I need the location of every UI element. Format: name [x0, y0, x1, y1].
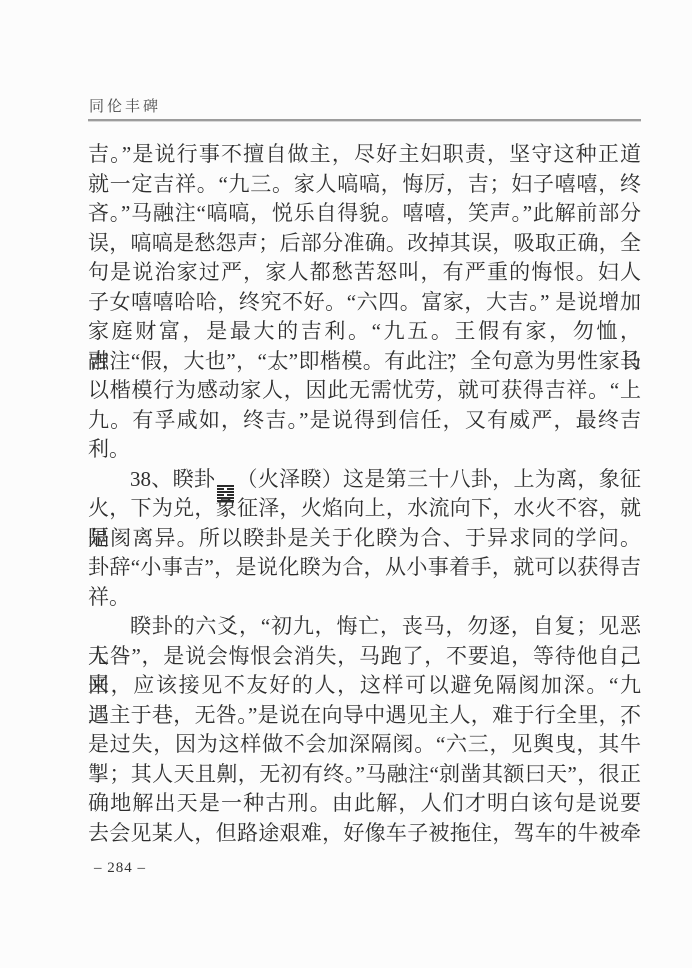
- body-text: 吉。”是说行事不擅自做主，尽好主妇职责，坚守这种正道 就一定吉祥。“九三。家人嗃…: [88, 140, 641, 848]
- book-page: 同伦丰碑 吉。”是说行事不擅自做主，尽好主妇职责，坚守这种正道 就一定吉祥。“九…: [0, 0, 692, 968]
- running-head-book-title: 同伦丰碑: [89, 95, 161, 116]
- text-before-hexagram: 38、睽卦: [130, 467, 215, 491]
- text-line: 卦辞“小事吉”，是说化睽为合，从小事着手，就可以获得吉: [88, 553, 641, 583]
- text-line-section-38-start: 38、睽卦（火泽睽）这是第三十八卦，上为离，象征: [88, 465, 641, 495]
- text-line: 火，下为兑，象征泽，火焰向上，水流向下，水火不容，就是: [88, 494, 641, 524]
- text-line: 去会见某人，但路途艰难，好像车子被拖住，驾车的牛被牵: [88, 819, 641, 849]
- text-line-paragraph-end: 祥。: [88, 583, 641, 613]
- page-number: – 284 –: [94, 860, 146, 877]
- text-line-paragraph-start: 睽卦的六爻，“初九，悔亡，丧马，勿逐，自复；见恶人，: [88, 612, 641, 642]
- text-line: 吝。”马融注“嗃嗃，悦乐自得貌。嘻嘻，笑声。”此解前部分: [88, 199, 641, 229]
- text-line: 以楷模行为感动家人，因此无需忧劳，就可获得吉祥。“上: [88, 376, 641, 406]
- text-line: 句是说治家过严，家人都愁苦怒叫，有严重的悔恨。妇人: [88, 258, 641, 288]
- text-line: 融注“假，大也”，“大”即楷模。有此注，全句意为男性家长: [88, 347, 641, 377]
- text-line: 确地解出天是一种古刑。由此解，人们才明白该句是说要: [88, 789, 641, 819]
- text-line: 家庭财富，是最大的吉利。“九五。王假有家，勿恤，吉。”马: [88, 317, 641, 347]
- text-line: 九。有孚咸如，终吉。”是说得到信任，又有威严，最终吉: [88, 406, 641, 436]
- text-line: 无咎”，是说会悔恨会消失，马跑了，不要追，等待他自己回: [88, 642, 641, 672]
- text-line: 遇主于巷，无咎。”是说在向导中遇见主人，难于行全里，不: [88, 701, 641, 731]
- header-rule: [88, 119, 641, 122]
- text-line: 来，应该接见不友好的人，这样可以避免隔阂加深。“九二，: [88, 671, 641, 701]
- text-line: 是过失，因为这样做不会加深隔阂。“六三，见舆曳，其牛: [88, 730, 641, 760]
- text-line: 掣；其人天且劓，无初有终。”马融注“剠凿其额曰天”，很正: [88, 760, 641, 790]
- text-line: 吉。”是说行事不擅自做主，尽好主妇职责，坚守这种正道: [88, 140, 641, 170]
- text-line: 就一定吉祥。“九三。家人嗃嗃，悔厉，吉；妇子嘻嘻，终: [88, 170, 641, 200]
- text-line: 子女嘻嘻哈哈，终究不好。“六四。富家，大吉。” 是说增加: [88, 288, 641, 318]
- text-line: 隔阂离异。所以睽卦是关于化睽为合、于异求同的学问。: [88, 524, 641, 554]
- text-line: 误，嗃嗃是愁怨声；后部分准确。改掉其误，吸取正确，全: [88, 229, 641, 259]
- text-line-paragraph-end: 利。: [88, 435, 641, 465]
- text-after-hexagram: （火泽睽）这是第三十八卦，上为离，象征: [236, 467, 641, 491]
